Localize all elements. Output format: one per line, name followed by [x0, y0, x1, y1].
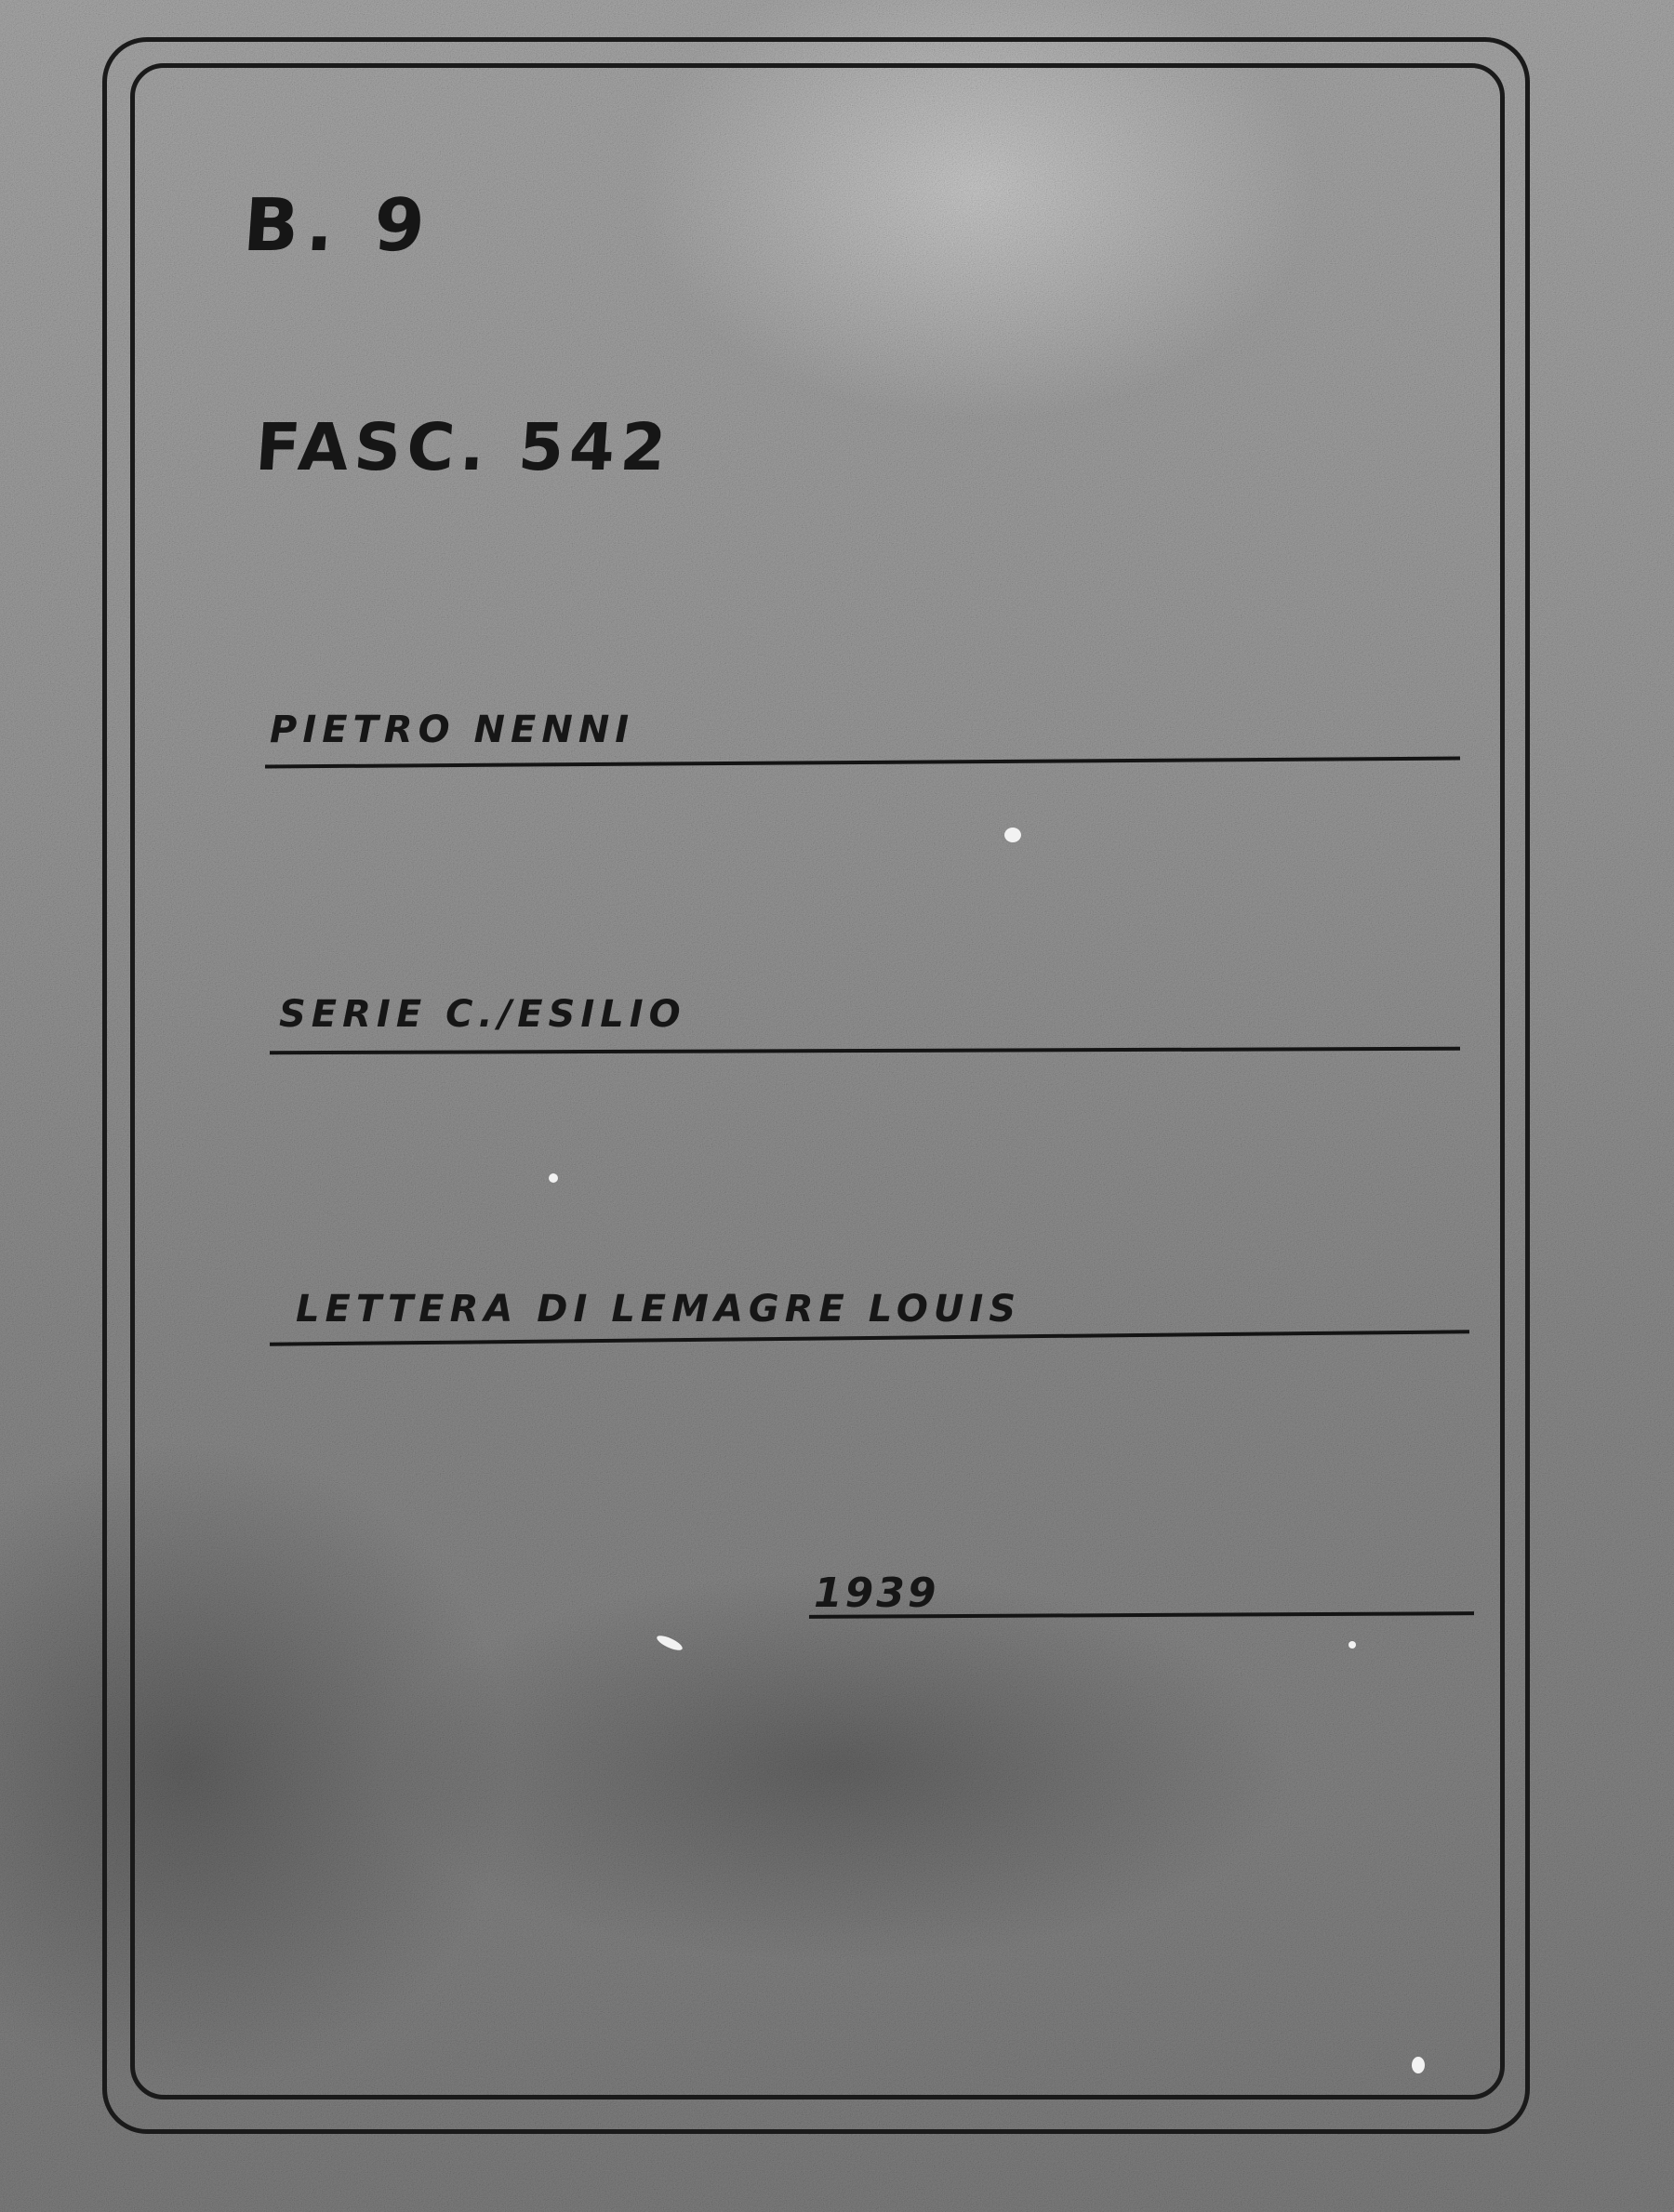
- contents-description: LETTERA DI LEMAGRE LOUIS: [296, 1288, 1021, 1331]
- series-label: SERIE C./ESILIO: [279, 993, 686, 1036]
- fascicle-number: FASC. 542: [253, 409, 674, 485]
- box-number: B. 9: [241, 184, 435, 268]
- person-name: PIETRO NENNI: [270, 709, 634, 751]
- inner-border-frame: [130, 63, 1505, 2099]
- year-label: 1939: [814, 1570, 938, 1617]
